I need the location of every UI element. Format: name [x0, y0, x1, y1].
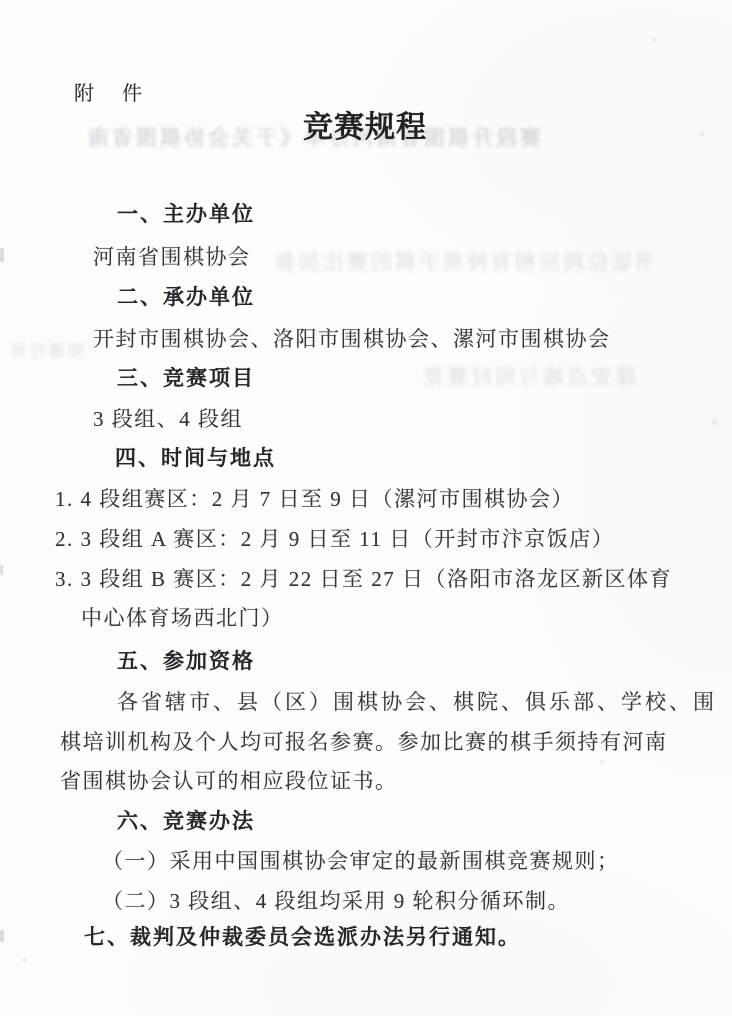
- section-4-list-item-3-line-1: 3. 3 段组 B 赛区：2 月 22 日至 27 日（洛阳市洛龙区新区体育: [55, 567, 672, 591]
- scan-speckle: [712, 420, 717, 425]
- section-3-body: 3 段组、4 段组: [93, 407, 243, 431]
- section-4-list-item-2: 2. 3 段组 A 赛区：2 月 9 日至 11 日（开封市汴京饭店）: [55, 527, 614, 551]
- section-1-heading: 一、主办单位: [117, 203, 255, 227]
- section-5-heading: 五、参加资格: [117, 650, 255, 674]
- scanned-document-page: 赛段升棋围省南河办举《于关会协棋围省南 书证位段应相有持须手棋的赛比加参 排安点…: [0, 0, 732, 1016]
- scan-speckle: [22, 958, 27, 962]
- section-2-body: 开封市围棋协会、洛阳市围棋协会、漯河市围棋协会: [93, 327, 611, 351]
- scan-speckle: [600, 760, 604, 764]
- bleedthrough-row: 书证位段应相有持须手棋的赛比加参: [272, 246, 656, 276]
- section-2-heading: 二、承办单位: [117, 286, 255, 310]
- section-4-heading: 四、时间与地点: [115, 447, 276, 471]
- section-5-paragraph-line-3: 省围棋协会认可的相应段位证书。: [60, 769, 398, 793]
- scan-edge-mark: [0, 565, 3, 575]
- document-title: 竞赛规程: [303, 111, 427, 146]
- section-4-list-item-1: 1. 4 段组赛区：2 月 7 日至 9 日（漯河市围棋协会）: [55, 487, 574, 511]
- attachment-label: 附 件: [74, 83, 146, 106]
- scan-edge-mark: [0, 248, 4, 262]
- section-5-paragraph-line-2: 棋培训机构及个人均可报名参赛。参加比赛的棋手须持有河南: [60, 730, 668, 754]
- section-7-heading: 七、裁判及仲裁委员会选派办法另行通知。: [84, 926, 521, 950]
- section-1-body: 河南省围棋协会: [93, 245, 251, 269]
- section-6-item-2: （二）3 段组、4 段组均采用 9 轮积分循环制。: [102, 889, 570, 913]
- scan-speckle: [700, 132, 704, 136]
- section-4-list-item-3-line-2: 中心体育场西北门）: [81, 606, 284, 630]
- section-6-heading: 六、竞赛办法: [117, 810, 255, 834]
- bleedthrough-row: 排安点地与间时赛竞: [420, 361, 636, 391]
- section-6-item-1: （一）采用中国围棋协会审定的最新围棋竞赛规则；: [102, 849, 620, 873]
- scan-speckle: [652, 38, 657, 42]
- scan-edge-mark: [0, 930, 4, 942]
- section-5-paragraph-line-1: 各省辖市、县（区）围棋协会、棋院、俱乐部、学校、围: [117, 690, 717, 714]
- section-3-heading: 三、竞赛项目: [117, 367, 255, 391]
- bleedthrough-row: 知通行另: [8, 338, 84, 361]
